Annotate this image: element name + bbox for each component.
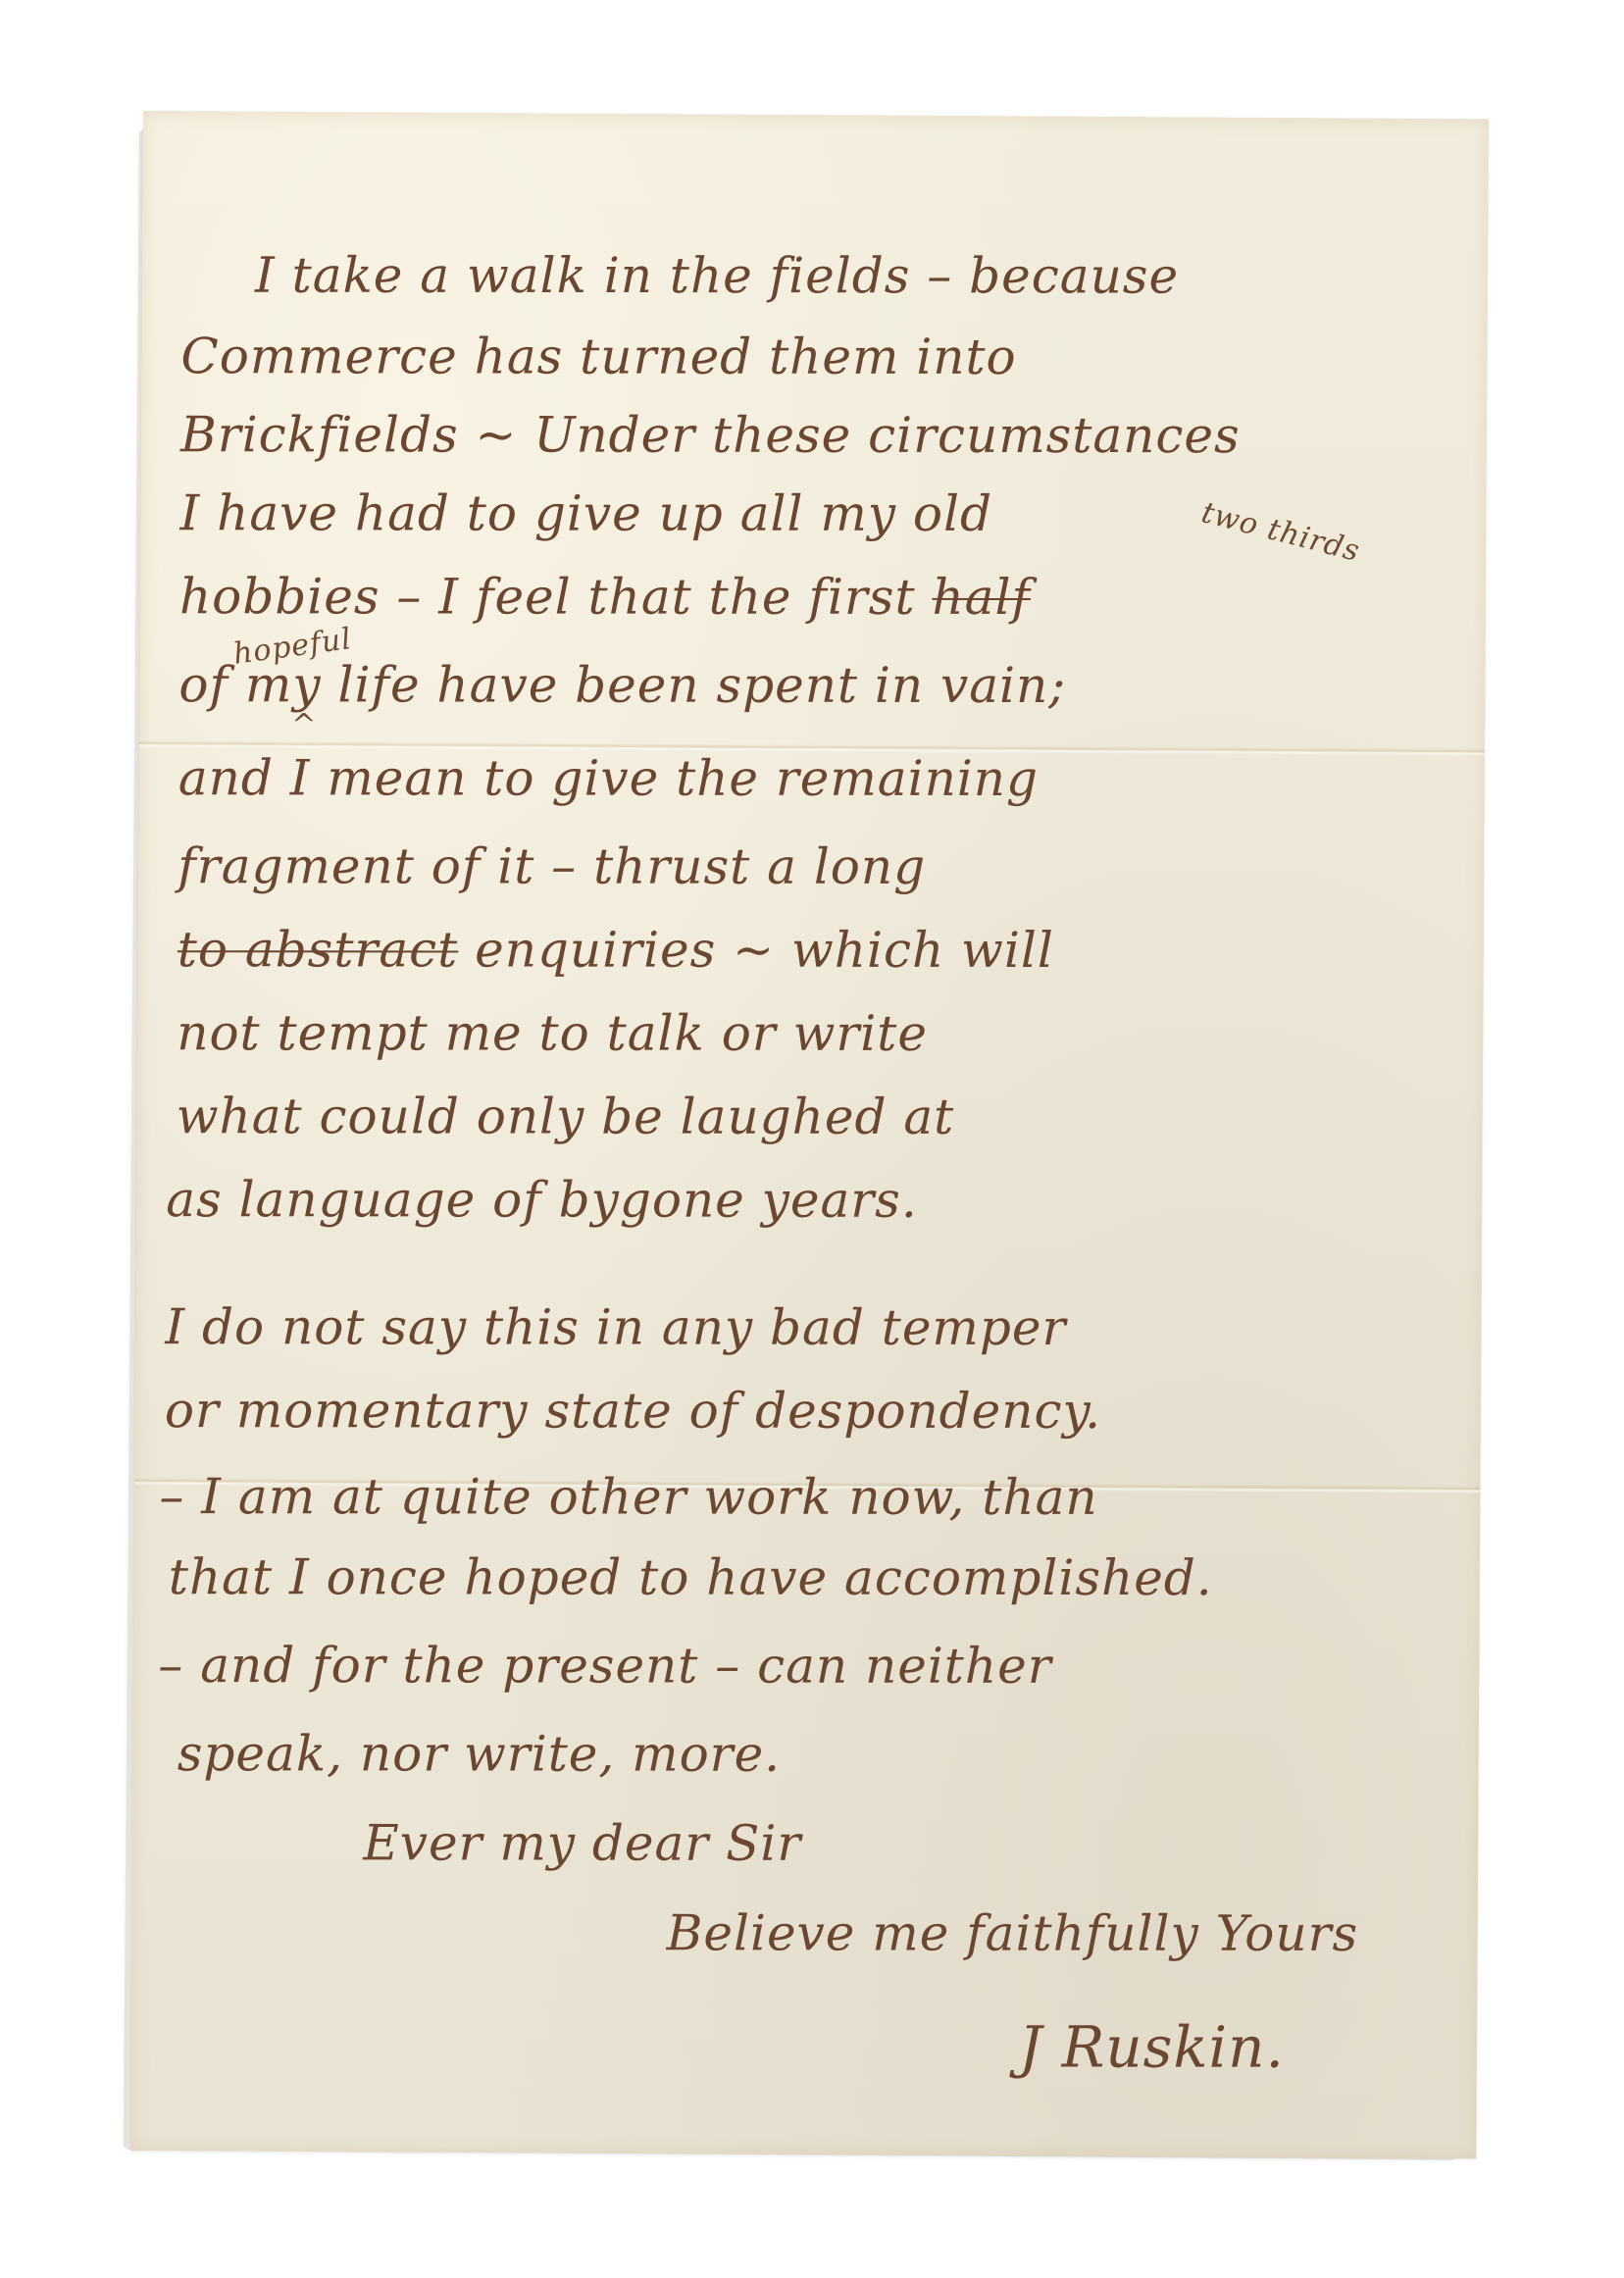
struck-phrase-to-abstract: to abstract (178, 921, 459, 978)
letter-line-15: – I am at quite other work now, than (159, 1472, 1097, 1522)
letter-line-16: that I once hoped to have accomplished. (169, 1552, 1213, 1602)
letter-line-2: Commerce has turned them into (180, 331, 1016, 381)
letter-line-9-text: enquiries ~ which will (475, 921, 1054, 979)
letter-body: I take a walk in the fields – because Co… (130, 111, 1489, 2158)
letter-line-14: or momentary state of despondency. (165, 1386, 1101, 1436)
letter-line-10: not tempt me to talk or write (177, 1008, 928, 1058)
letter-line-4: I have had to give up all my old (179, 488, 992, 538)
letter-line-11: what could only be laughed at (177, 1091, 955, 1141)
insertion-two-thirds: two thirds (1198, 495, 1364, 569)
letter-line-8: fragment of it – thrust a long (178, 841, 926, 891)
letter-line-13: I do not say this in any bad temper (165, 1302, 1066, 1352)
letter-line-9: to abstract enquiries ~ which will (178, 925, 1054, 975)
letter-line-12: as language of bygone years. (166, 1175, 918, 1225)
letter-line-18: speak, nor write, more. (178, 1729, 781, 1779)
letter-line-6: of my life have been spent in vain; (178, 660, 1066, 710)
letter-line-17: – and for the present – can neither (158, 1641, 1051, 1691)
signature: J Ruskin. (1019, 2018, 1285, 2075)
insertion-caret: ^ (291, 708, 317, 742)
letter-page: I take a walk in the fields – because Co… (130, 111, 1489, 2158)
letter-line-5: hobbies – I feel that the first half (179, 572, 1031, 622)
struck-word-half: half (932, 569, 1031, 626)
closing-valediction: Believe me faithfully Yours (667, 1908, 1359, 1958)
letter-line-7: and I mean to give the remaining (178, 753, 1039, 803)
closing-salutation: Ever my dear Sir (363, 1818, 801, 1867)
letter-line-3: Brickfields ~ Under these circumstances (180, 410, 1241, 460)
letter-line-5-text: hobbies – I feel that the first (179, 568, 916, 626)
letter-line-1: I take a walk in the fields – because (255, 251, 1179, 301)
